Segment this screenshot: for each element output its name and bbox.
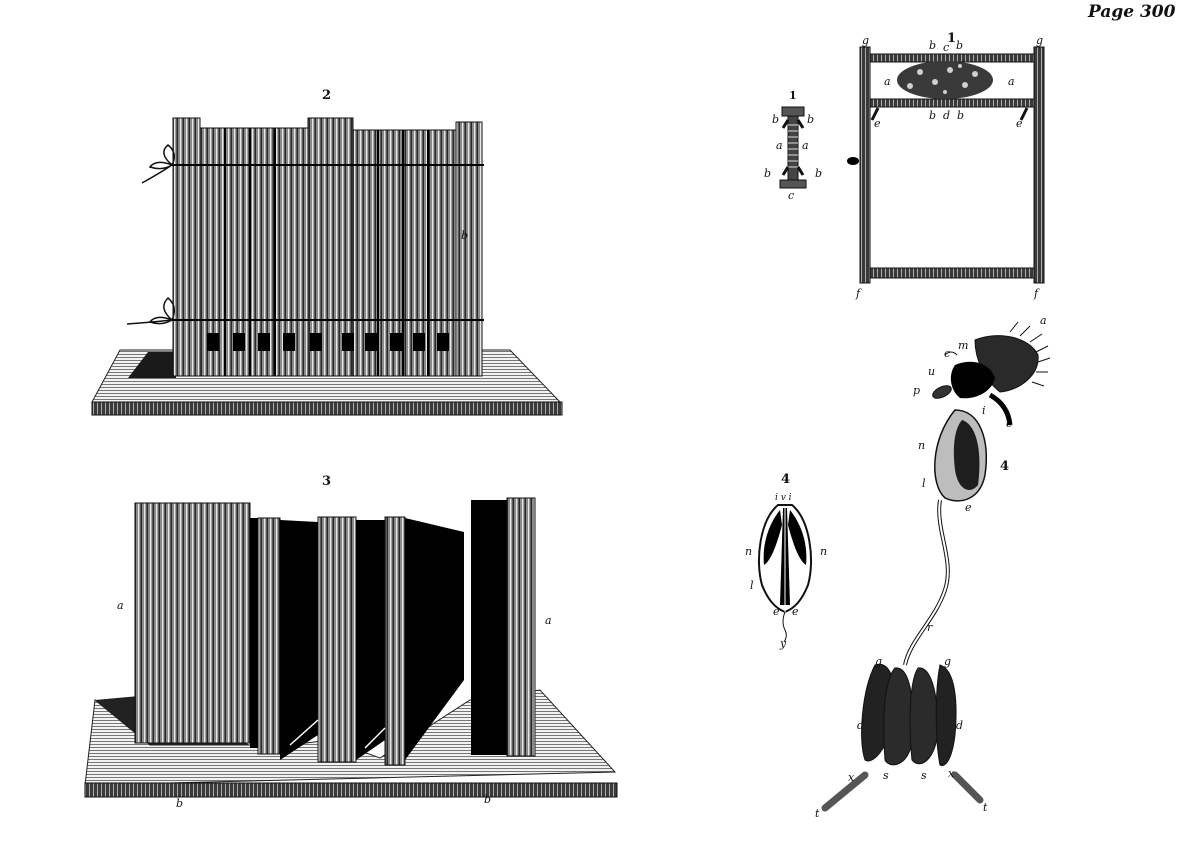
bee-label-p: p (913, 385, 920, 396)
bee-label-s-left: s (883, 770, 889, 781)
bee-label-t-right: t (983, 802, 987, 813)
bee-label-l: l (922, 478, 926, 489)
bee-label-d-left: d (857, 720, 864, 731)
bee-label-e: e (965, 502, 972, 513)
bee-label-n: n (918, 440, 925, 451)
figure-4-large-drawing (0, 0, 1200, 848)
bee-label-g-right: g (944, 656, 951, 667)
bee-label-x-right: x (948, 768, 954, 779)
bee-label-c: c (944, 348, 950, 359)
bee-figure-number: 4 (1000, 460, 1009, 473)
bee-label-c2: c (1006, 418, 1012, 429)
bee-label-a: a (1040, 315, 1047, 326)
bee-label-m: m (958, 340, 968, 351)
bee-label-x-left: x (848, 772, 854, 783)
bee-label-s-right: s (921, 770, 927, 781)
bee-label-i: i (982, 405, 986, 416)
bee-label-t-left: t (815, 808, 819, 819)
bee-label-g-left: g (875, 656, 882, 667)
bee-label-d-right: d (956, 720, 963, 731)
bee-label-r: r (927, 622, 932, 633)
bee-label-u: u (928, 366, 935, 377)
